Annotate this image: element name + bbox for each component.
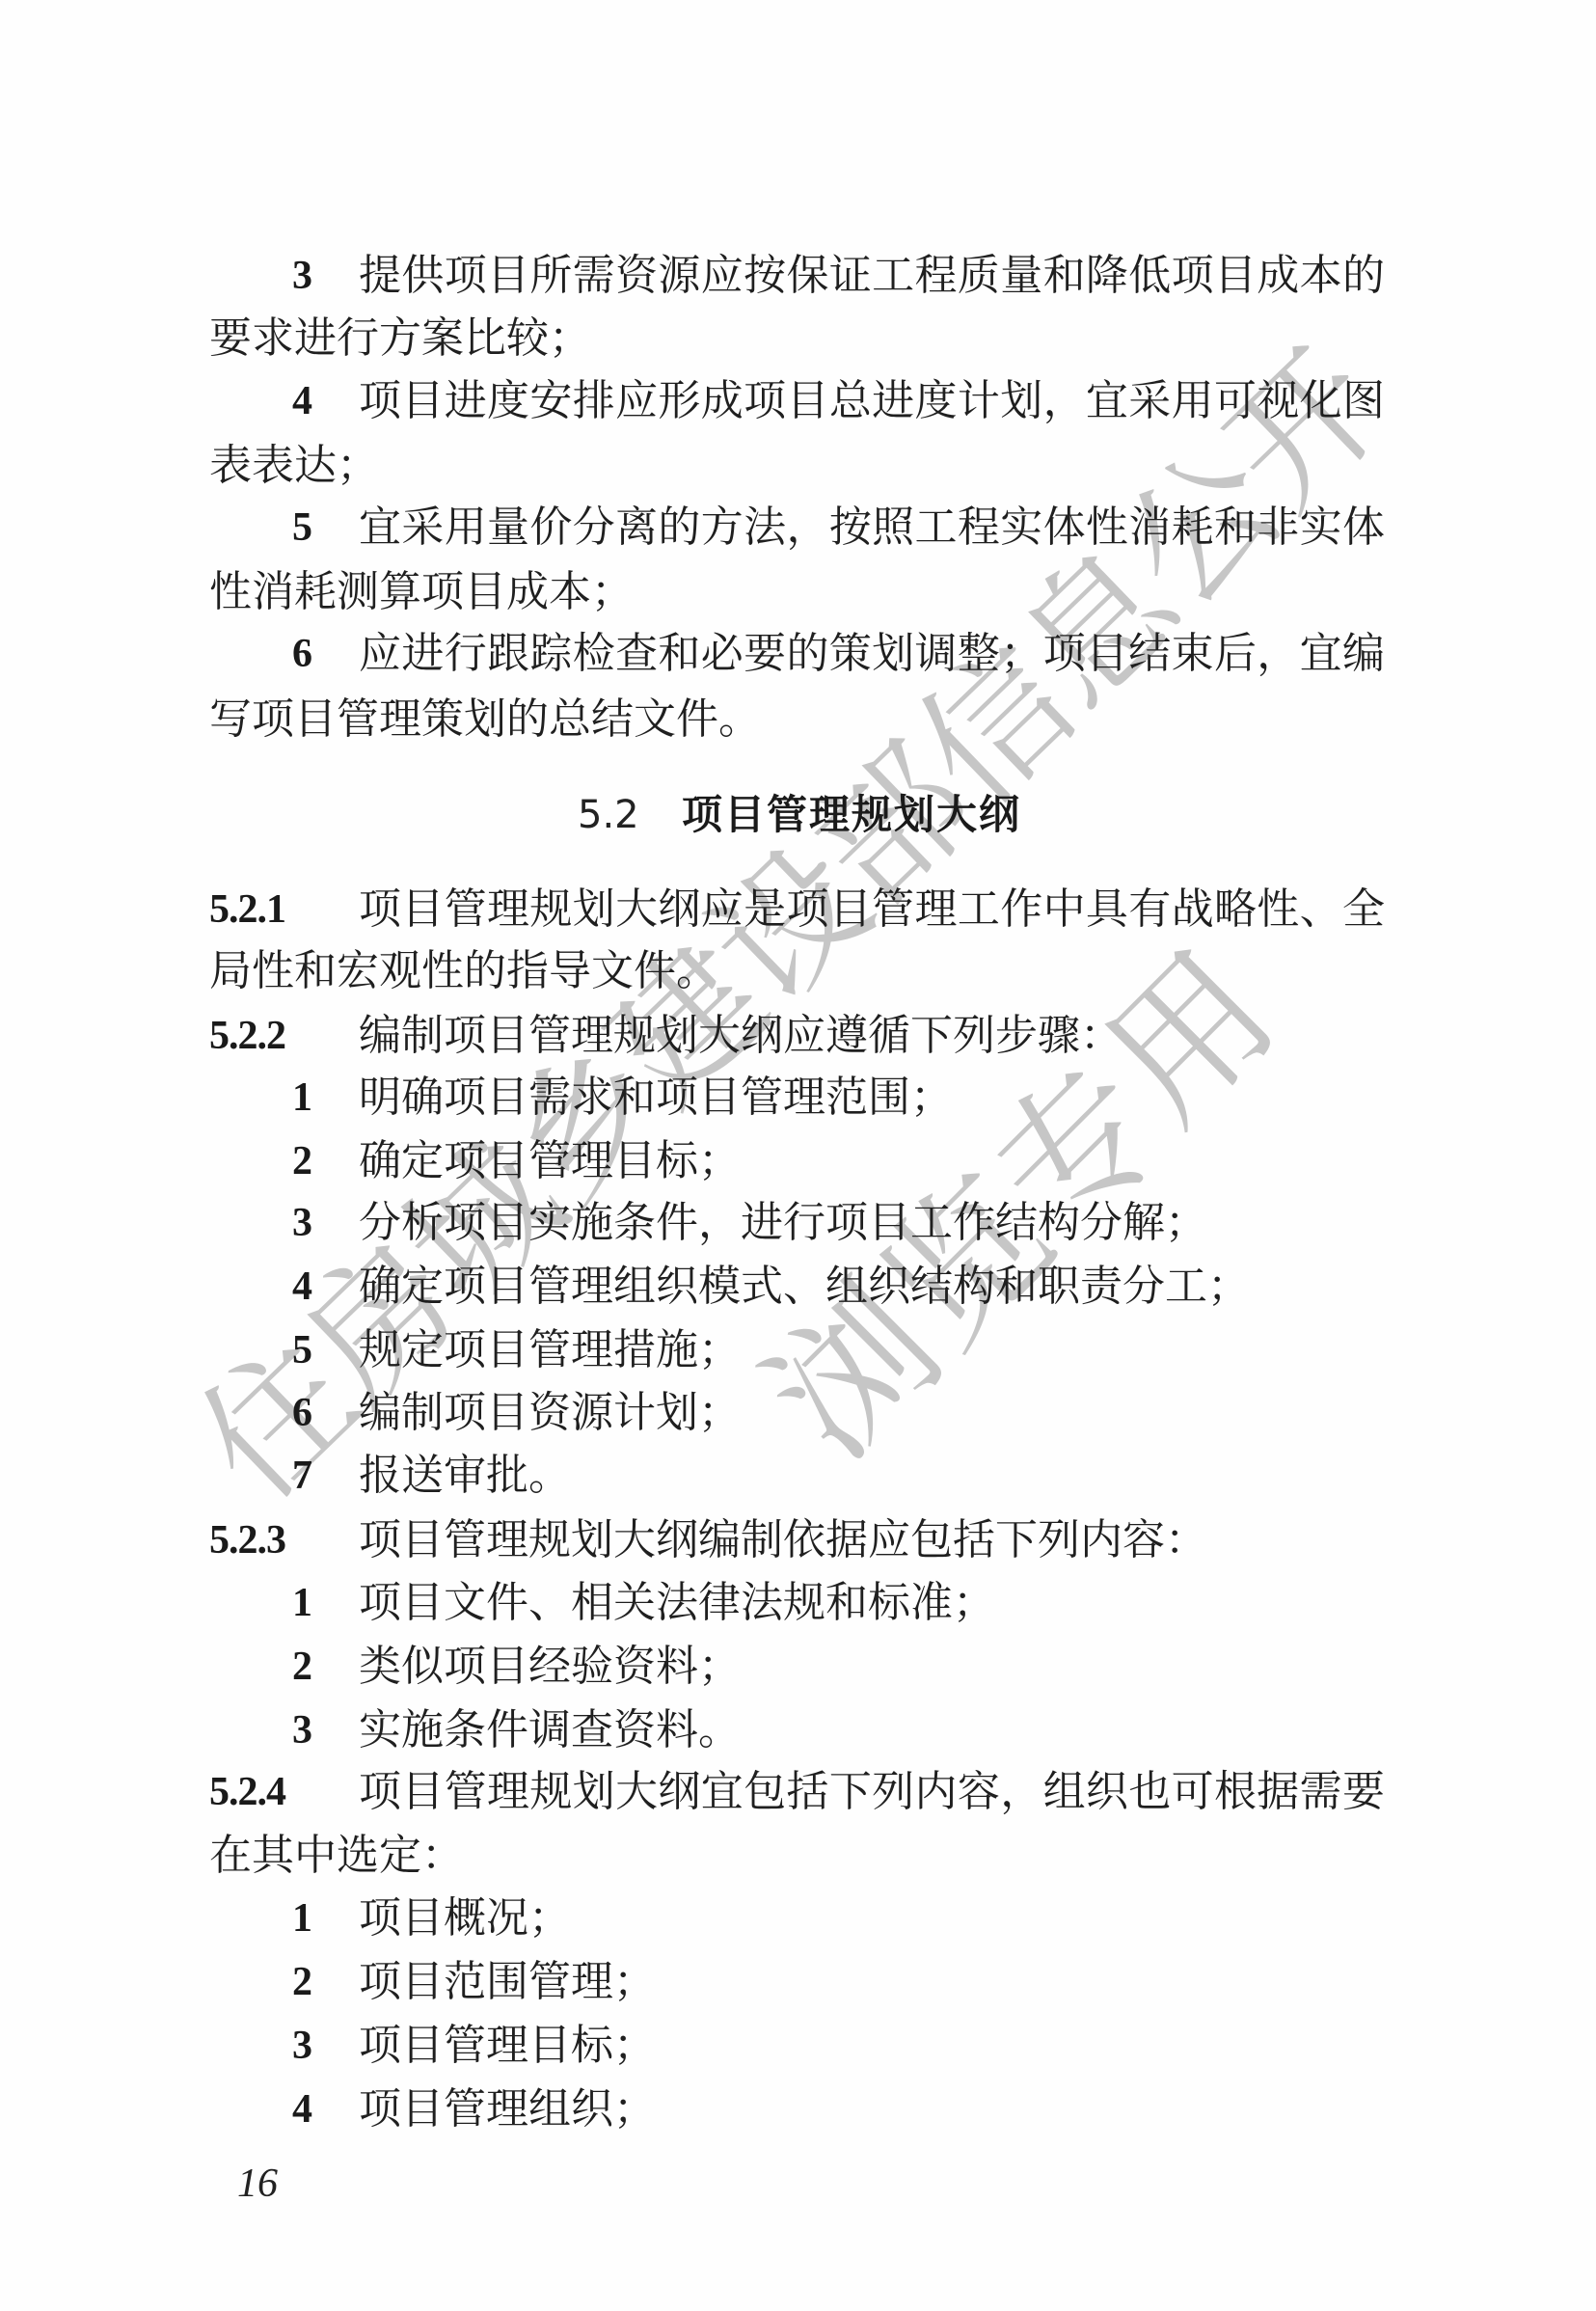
list-item-number: 1 bbox=[292, 1571, 312, 1635]
list-item-text: 类似项目经验资料； bbox=[359, 1635, 741, 1699]
list-item-text: 项目文件、相关法律法规和标准； bbox=[359, 1571, 995, 1635]
list-item-text: 报送审批。 bbox=[359, 1444, 571, 1508]
list-item-text: 实施条件调查资料。 bbox=[359, 1699, 741, 1762]
list-item-number: 5 bbox=[292, 1319, 312, 1382]
list-item-number: 6 bbox=[292, 1381, 312, 1445]
list-item-text: 项目概况； bbox=[359, 1887, 571, 1950]
clause-text-continued: 局性和宏观性的指导文件。 bbox=[209, 939, 718, 1003]
item-text: 宜采用量价分离的方法，按照工程实体性消耗和非实体 bbox=[359, 496, 1385, 559]
list-item-number: 3 bbox=[292, 1699, 312, 1762]
list-item-text: 项目管理目标； bbox=[359, 2014, 656, 2078]
list-item-number: 1 bbox=[292, 1887, 312, 1950]
clause-number: 5.2.1 bbox=[209, 878, 285, 941]
page-number: 16 bbox=[237, 2161, 278, 2207]
item-text-continued: 要求进行方案比较； bbox=[209, 307, 591, 370]
list-item-number: 3 bbox=[292, 2014, 312, 2078]
list-item-text: 编制项目资源计划； bbox=[359, 1381, 741, 1445]
item-text: 提供项目所需资源应按保证工程质量和降低项目成本的 bbox=[359, 244, 1385, 308]
list-item-number: 4 bbox=[292, 2078, 312, 2141]
item-number: 5 bbox=[292, 496, 312, 559]
section-number: 5.2 bbox=[578, 783, 639, 847]
list-item-number: 2 bbox=[292, 1129, 312, 1193]
clause-number: 5.2.4 bbox=[209, 1760, 285, 1824]
list-item-text: 确定项目管理目标； bbox=[359, 1129, 741, 1193]
clause-number: 5.2.3 bbox=[209, 1509, 285, 1572]
item-text-continued: 写项目管理策划的总结文件。 bbox=[209, 688, 761, 751]
clause-number: 5.2.2 bbox=[209, 1004, 285, 1068]
item-text: 应进行跟踪检查和必要的策划调整；项目结束后，宜编 bbox=[359, 622, 1385, 686]
clause-text: 项目管理规划大纲应是项目管理工作中具有战略性、全 bbox=[359, 878, 1385, 941]
clause-text: 项目管理规划大纲编制依据应包括下列内容： bbox=[359, 1509, 1207, 1572]
item-text-continued: 表表达； bbox=[209, 434, 379, 498]
clause-text-continued: 在其中选定： bbox=[209, 1824, 464, 1888]
item-number: 4 bbox=[292, 369, 312, 433]
clause-text: 编制项目管理规划大纲应遵循下列步骤： bbox=[359, 1004, 1123, 1068]
list-item-text: 项目范围管理； bbox=[359, 1950, 656, 2014]
section-title: 项目管理规划大纲 bbox=[682, 783, 1021, 847]
list-item-text: 确定项目管理组织模式、组织结构和职责分工； bbox=[359, 1255, 1250, 1319]
item-text-continued: 性消耗测算项目成本； bbox=[209, 560, 634, 624]
list-item-number: 2 bbox=[292, 1635, 312, 1699]
item-text: 项目进度安排应形成项目总进度计划，宜采用可视化图 bbox=[359, 369, 1385, 433]
document-page: 住房城乡建设部信息公开 浏览专用 3 提供项目所需资源应按保证工程质量和降低项目… bbox=[0, 0, 1596, 2311]
list-item-number: 4 bbox=[292, 1255, 312, 1319]
clause-text: 项目管理规划大纲宜包括下列内容，组织也可根据需要 bbox=[359, 1760, 1385, 1824]
list-item-text: 规定项目管理措施； bbox=[359, 1319, 741, 1382]
list-item-number: 7 bbox=[292, 1444, 312, 1508]
item-number: 6 bbox=[292, 622, 312, 686]
item-number: 3 bbox=[292, 244, 312, 308]
list-item-number: 1 bbox=[292, 1066, 312, 1129]
list-item-text: 分析项目实施条件，进行项目工作结构分解； bbox=[359, 1191, 1207, 1255]
list-item-text: 项目管理组织； bbox=[359, 2078, 656, 2141]
list-item-text: 明确项目需求和项目管理范围； bbox=[359, 1066, 953, 1129]
list-item-number: 3 bbox=[292, 1191, 312, 1255]
list-item-number: 2 bbox=[292, 1950, 312, 2014]
